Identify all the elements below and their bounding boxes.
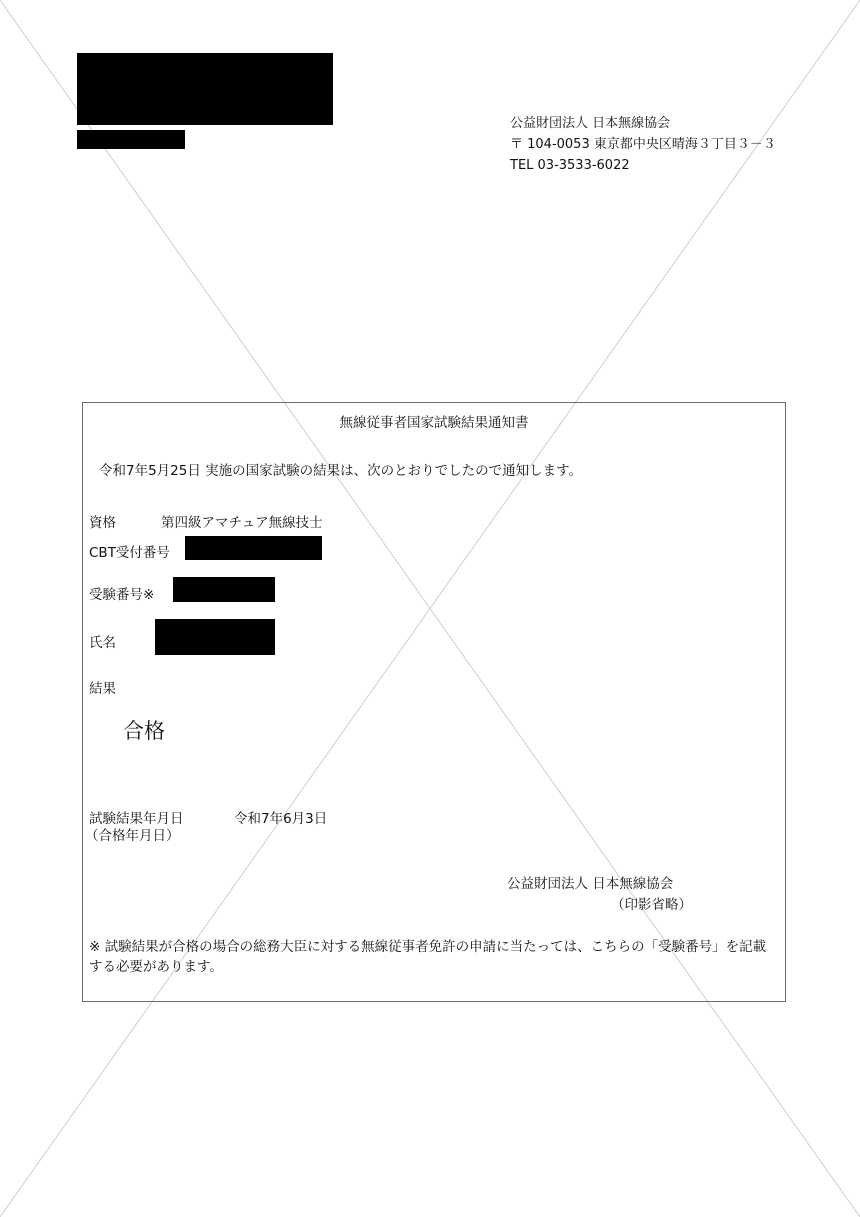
issuer-header: 公益財団法人 日本無線協会 〒 104-0053 東京都中央区晴海３丁目３－３ … [510, 113, 776, 176]
result-date-sublabel: （合格年月日） [85, 824, 180, 844]
redacted-cbt-number [185, 536, 322, 560]
qualification-value: 第四級アマチュア無線技士 [161, 511, 323, 531]
footnote: ※ 試験結果が合格の場合の総務大臣に対する無線従事者免許の申請に当たっては、こち… [89, 937, 779, 977]
cbt-number-label: CBT受付番号 [89, 541, 170, 561]
exam-result-notice: 無線従事者国家試験結果通知書 令和7年5月25日 実施の国家試験の結果は、次のと… [82, 402, 786, 1002]
issuer-address: 〒 104-0053 東京都中央区晴海３丁目３－３ [510, 134, 776, 155]
issuer-organization: 公益財団法人 日本無線協会 [510, 113, 776, 134]
qualification-label: 資格 [89, 511, 116, 531]
redacted-exam-number [173, 577, 275, 602]
redacted-recipient-name [77, 130, 185, 149]
notice-intro: 令和7年5月25日 実施の国家試験の結果は、次のとおりでしたので通知します。 [99, 459, 582, 479]
name-label: 氏名 [89, 631, 116, 651]
result-label: 結果 [89, 677, 116, 697]
exam-number-label: 受験番号※ [89, 583, 154, 603]
redacted-name [155, 619, 275, 655]
result-date-value: 令和7年6月3日 [234, 807, 327, 827]
issuer-tel: TEL 03-3533-6022 [510, 155, 776, 176]
notice-title: 無線従事者国家試験結果通知書 [83, 411, 785, 431]
signature-organization: 公益財団法人 日本無線協会 [507, 872, 673, 892]
signature-seal-note: （印影省略） [611, 893, 692, 913]
result-value: 合格 [123, 715, 165, 745]
redacted-recipient-address [77, 53, 333, 125]
